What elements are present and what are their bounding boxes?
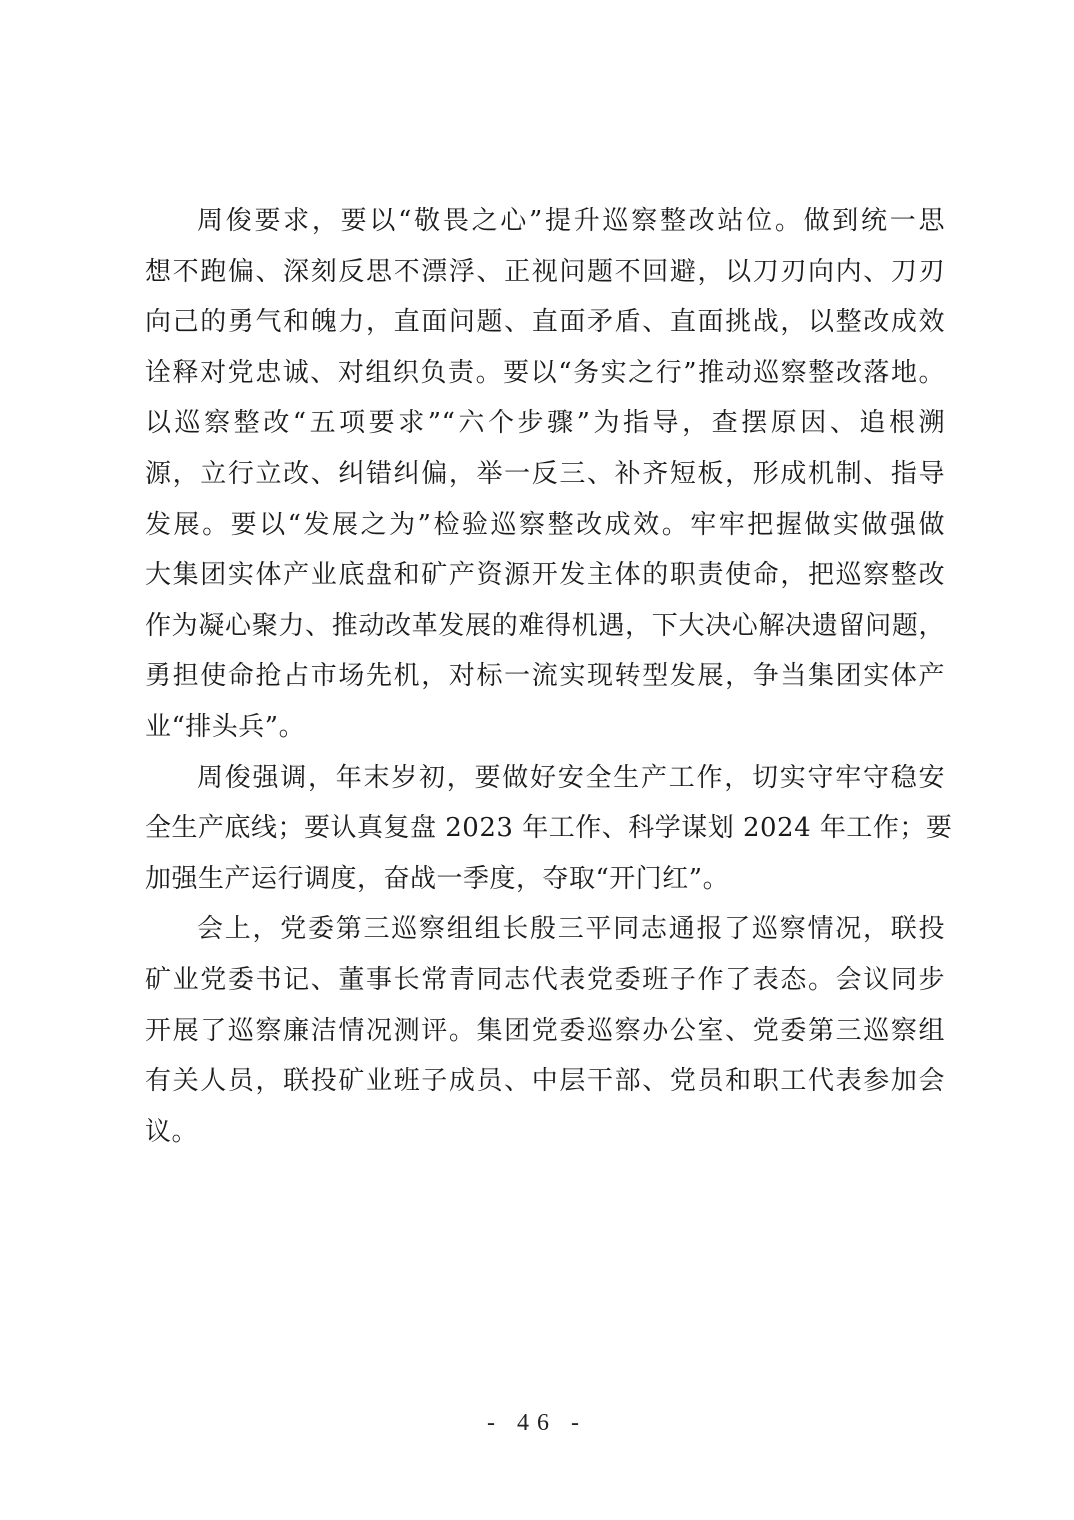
text-line: 发展。要以“发展之为”检验巡察整改成效。牢牢把握做实做强做 [145,500,945,551]
paragraph-2: 周俊强调，年末岁初，要做好安全生产工作，切实守牢守稳安 全生产底线；要认真复盘 … [145,753,945,905]
text-line: 诠释对党忠诚、对组织负责。要以“务实之行”推动巡察整改落地。 [145,348,945,399]
text-line: 向己的勇气和魄力，直面问题、直面矛盾、直面挑战，以整改成效 [145,297,945,348]
text-line: 想不跑偏、深刻反思不漂浮、正视问题不回避，以刀刃向内、刀刃 [145,247,945,298]
paragraph-1: 周俊要求，要以“敬畏之心”提升巡察整改站位。做到统一思 想不跑偏、深刻反思不漂浮… [145,196,945,753]
text-line: 周俊要求，要以“敬畏之心”提升巡察整改站位。做到统一思 [145,196,945,247]
text-line: 有关人员，联投矿业班子成员、中层干部、党员和职工代表参加会 [145,1056,945,1107]
text-line: 矿业党委书记、董事长常青同志代表党委班子作了表态。会议同步 [145,955,945,1006]
text-line: 勇担使命抢占市场先机，对标一流实现转型发展，争当集团实体产 [145,651,945,702]
text-line: 大集团实体产业底盘和矿产资源开发主体的职责使命，把巡察整改 [145,550,945,601]
text-line: 加强生产运行调度，奋战一季度，夺取“开门红”。 [145,854,945,905]
text-line: 以巡察整改“五项要求”“六个步骤”为指导，查摆原因、追根溯 [145,398,945,449]
text-line: 全生产底线；要认真复盘 2023 年工作、科学谋划 2024 年工作；要 [145,803,945,854]
body-text: 周俊要求，要以“敬畏之心”提升巡察整改站位。做到统一思 想不跑偏、深刻反思不漂浮… [145,196,945,1157]
document-page: 周俊要求，要以“敬畏之心”提升巡察整改站位。做到统一思 想不跑偏、深刻反思不漂浮… [0,0,1074,1520]
text-line: 议。 [145,1107,945,1158]
text-line: 会上，党委第三巡察组组长殷三平同志通报了巡察情况，联投 [145,904,945,955]
page-number: - 46 - [0,1410,1074,1437]
text-line: 源，立行立改、纠错纠偏，举一反三、补齐短板，形成机制、指导 [145,449,945,500]
paragraph-3: 会上，党委第三巡察组组长殷三平同志通报了巡察情况，联投 矿业党委书记、董事长常青… [145,904,945,1157]
text-line: 开展了巡察廉洁情况测评。集团党委巡察办公室、党委第三巡察组 [145,1006,945,1057]
text-line: 作为凝心聚力、推动改革发展的难得机遇，下大决心解决遗留问题， [145,601,945,652]
text-line: 业“排头兵”。 [145,702,945,753]
text-line: 周俊强调，年末岁初，要做好安全生产工作，切实守牢守稳安 [145,753,945,804]
